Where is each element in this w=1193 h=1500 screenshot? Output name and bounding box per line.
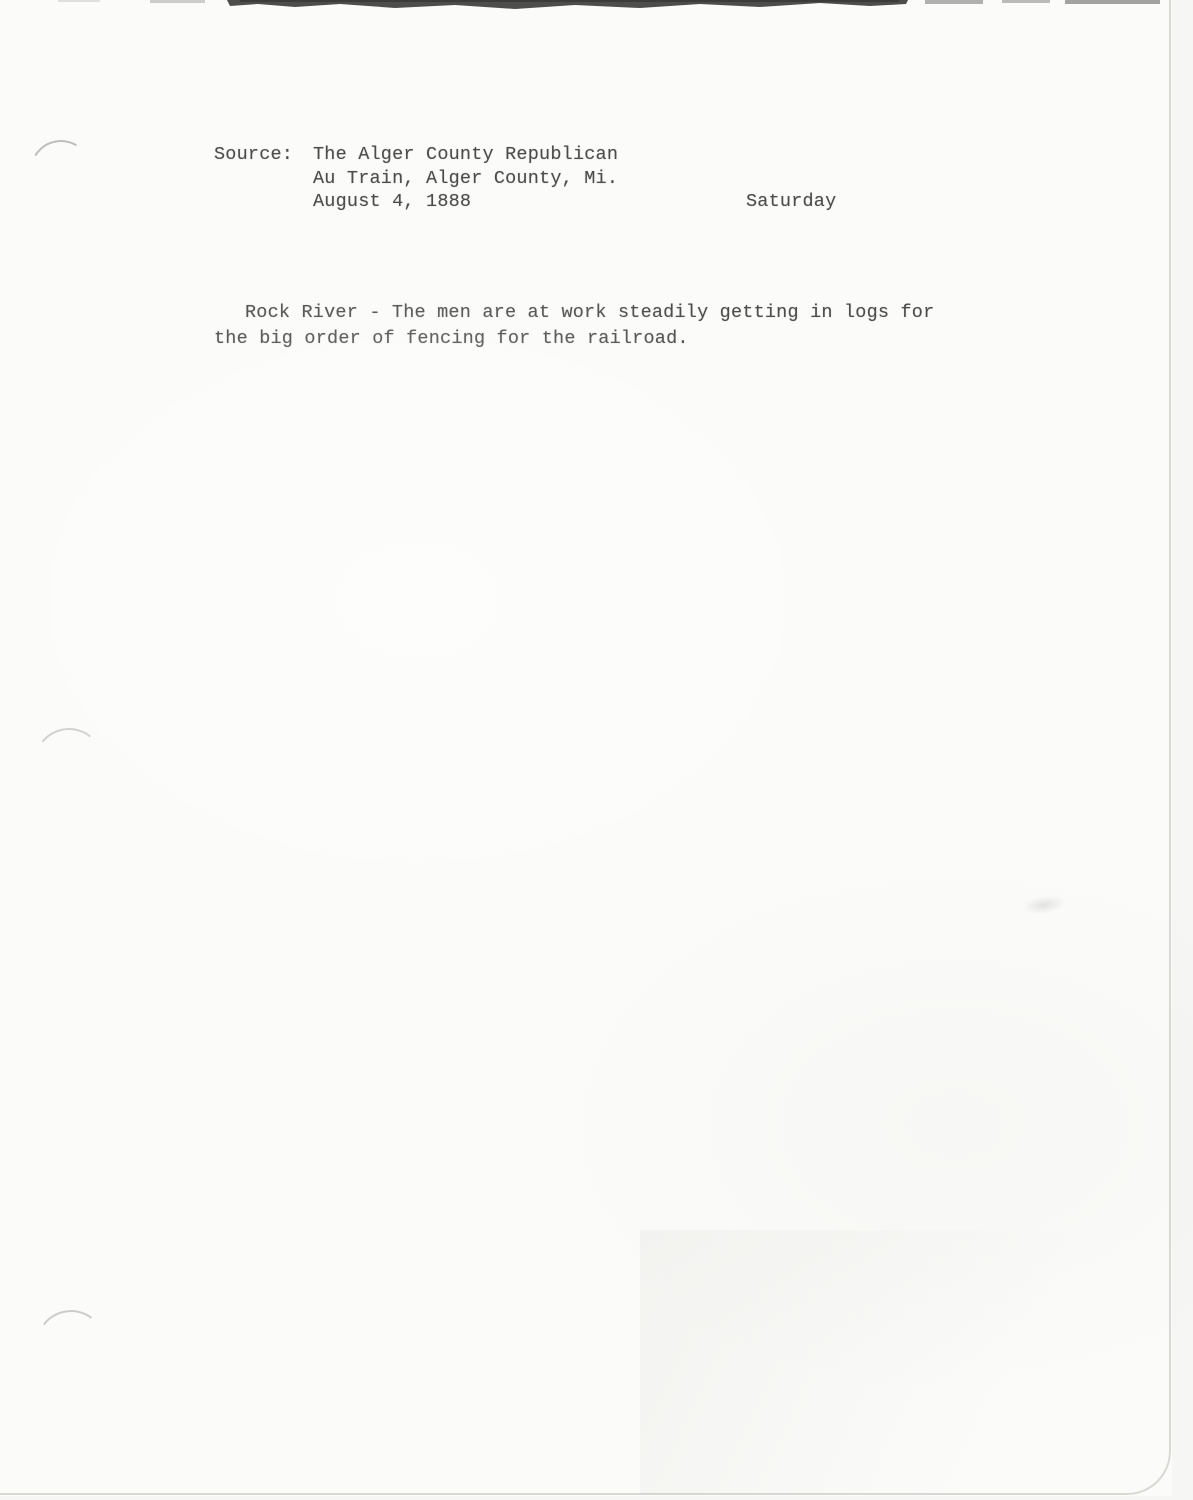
day-note: Saturday (746, 190, 836, 214)
page-edge-outline (0, 0, 1171, 1495)
body-paragraph: Rock River - The men are at work steadil… (214, 300, 934, 352)
body-line-1: Rock River - The men are at work steadil… (245, 300, 934, 326)
source-line-date: August 4, 1888 (313, 190, 618, 214)
punch-hole-arc-middle (31, 725, 108, 802)
scan-background-right (1172, 0, 1193, 1500)
source-line-location: Au Train, Alger County, Mi. (313, 167, 618, 191)
source-line-publication: The Alger County Republican (313, 143, 618, 167)
scanned-document-page: Source: The Alger County Republican Au T… (0, 0, 1193, 1500)
corner-shading (640, 1230, 1170, 1494)
body-line-2: the big order of fencing for the railroa… (214, 326, 934, 352)
scan-top-edge-artifact (0, 0, 1193, 14)
scan-background-bottom (0, 1496, 1172, 1500)
source-lines: The Alger County Republican Au Train, Al… (313, 143, 618, 214)
smudge-mark (1021, 893, 1067, 917)
punch-hole-arc-top (23, 133, 98, 208)
punch-hole-arc-bottom (31, 1305, 110, 1384)
source-label: Source: (214, 143, 293, 167)
